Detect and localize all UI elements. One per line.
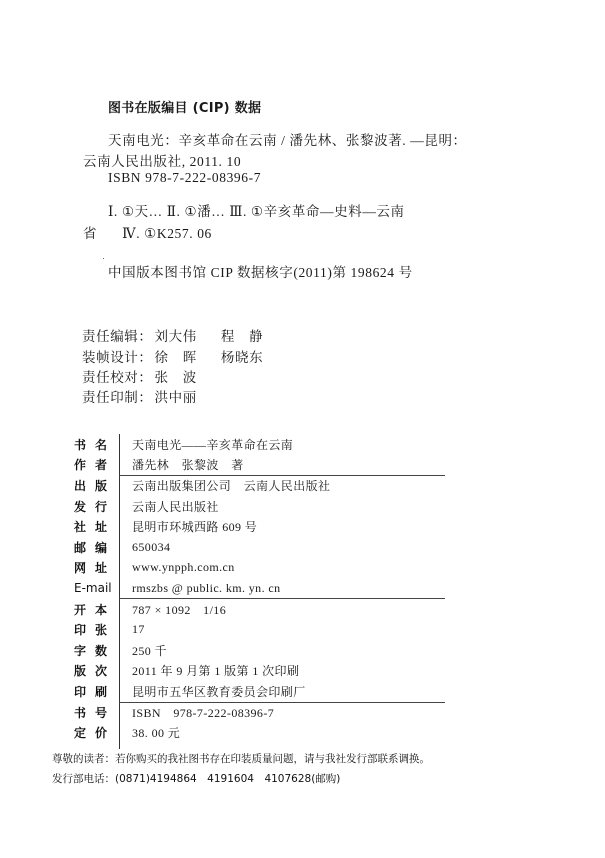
info-label: 发行: [74, 498, 119, 515]
info-label: 开本: [74, 601, 119, 618]
info-row-postcode: 邮编 650034: [74, 537, 474, 558]
staff-proofreader: 责任校对：张 波: [82, 366, 197, 386]
info-row-wordcount: 字数 250 千: [74, 640, 474, 661]
staff-role: 装帧设计：: [82, 346, 153, 366]
info-row-title: 书名 天南电光——辛亥革命在云南: [74, 434, 474, 455]
info-label: 出版: [74, 477, 119, 494]
info-label: 作者: [74, 456, 119, 473]
info-row-publisher: 出版 云南出版集团公司 云南人民出版社: [74, 475, 474, 496]
info-label: 定价: [74, 724, 119, 741]
staff-role: 责任编辑：: [82, 325, 153, 345]
info-value: 787 × 1092 1/16: [132, 601, 226, 618]
staff-names: 徐 晖 杨晓东: [155, 346, 264, 366]
info-label: 印张: [74, 621, 119, 638]
reader-notice: 尊敬的读者：若你购买的我社图书存在印装质量问题，请与我社发行部联系调换。: [52, 751, 430, 766]
info-label: 书名: [74, 436, 119, 453]
info-row-sheets: 印张 17: [74, 619, 474, 640]
cip-isbn: ISBN 978-7-222-08396-7: [108, 170, 261, 186]
info-row-price: 定价 38. 00 元: [74, 722, 474, 743]
info-label: 网址: [74, 559, 119, 576]
cip-heading: 图书在版编目 (CIP) 数据: [108, 97, 261, 116]
classification-code: Ⅳ. ①K257. 06: [122, 226, 212, 241]
info-value-website[interactable]: www.ynpph.com.cn: [132, 560, 235, 575]
info-row-distributor: 发行 云南人民出版社: [74, 496, 474, 517]
classification-prefix: 省: [83, 226, 97, 241]
info-value: 天南电光——辛亥革命在云南: [132, 436, 293, 453]
info-value: 650034: [132, 540, 170, 555]
info-row-author: 作者 潘先林 张黎波 著: [74, 455, 474, 476]
info-value: 云南人民出版社: [132, 498, 219, 515]
info-value: 38. 00 元: [132, 724, 180, 741]
info-value: 昆明市环城西路 609 号: [132, 518, 257, 535]
info-row-edition: 版次 2011 年 9 月第 1 版第 1 次印刷: [74, 661, 474, 682]
info-value: ISBN 978-7-222-08396-7: [132, 704, 274, 721]
staff-names: 刘大伟 程 静: [155, 325, 264, 345]
info-value: 250 千: [132, 642, 167, 659]
cip-classification-line1: Ⅰ. ①天… Ⅱ. ①潘… Ⅲ. ①辛亥革命—史料—云南: [108, 200, 405, 220]
info-row-format: 开本 787 × 1092 1/16: [74, 599, 474, 620]
staff-role: 责任校对：: [82, 366, 153, 386]
info-value: 17: [132, 622, 145, 637]
info-label: 字数: [74, 642, 119, 659]
info-value: 云南出版集团公司 云南人民出版社: [132, 477, 330, 494]
info-label: 社址: [74, 518, 119, 535]
info-row-isbn: 书号 ISBN 978-7-222-08396-7: [74, 702, 474, 723]
cip-publisher-line: 云南人民出版社, 2011. 10: [83, 150, 241, 170]
info-value: 潘先林 张黎波 著: [132, 456, 244, 473]
staff-designer: 装帧设计：徐 晖 杨晓东: [82, 346, 263, 366]
info-label: E-mail: [74, 581, 119, 595]
staff-names: 洪中丽: [155, 386, 197, 406]
info-value: 2011 年 9 月第 1 版第 1 次印刷: [132, 662, 299, 679]
info-label: 版次: [74, 662, 119, 679]
staff-printing: 责任印制：洪中丽: [82, 386, 197, 406]
info-row-printer: 印刷 昆明市五华区教育委员会印刷厂: [74, 681, 474, 702]
cip-record-number: 中国版本图书馆 CIP 数据核字(2011)第 198624 号: [108, 261, 413, 281]
cip-classification-line2: 省Ⅳ. ①K257. 06: [83, 222, 212, 242]
print-speck: [103, 258, 104, 259]
info-row-address: 社址 昆明市环城西路 609 号: [74, 516, 474, 537]
info-row-website: 网址 www.ynpph.com.cn: [74, 558, 474, 579]
info-label: 书号: [74, 704, 119, 721]
cip-title-line: 天南电光：辛亥革命在云南 / 潘先林、张黎波著. —昆明：: [108, 129, 467, 149]
info-row-email: E-mail rmszbs @ public. km. yn. cn: [74, 578, 474, 599]
info-value-email[interactable]: rmszbs @ public. km. yn. cn: [132, 581, 281, 596]
copyright-info-table: 书名 天南电光——辛亥革命在云南 作者 潘先林 张黎波 著 出版 云南出版集团公…: [74, 434, 474, 743]
staff-names: 张 波: [155, 366, 197, 386]
info-value: 昆明市五华区教育委员会印刷厂: [132, 683, 306, 700]
distribution-phone: 发行部电话：(0871)4194864 4191604 4107628(邮购): [52, 771, 340, 786]
info-label: 邮编: [74, 539, 119, 556]
staff-editor: 责任编辑：刘大伟 程 静: [82, 325, 263, 345]
info-label: 印刷: [74, 683, 119, 700]
staff-role: 责任印制：: [82, 386, 153, 406]
